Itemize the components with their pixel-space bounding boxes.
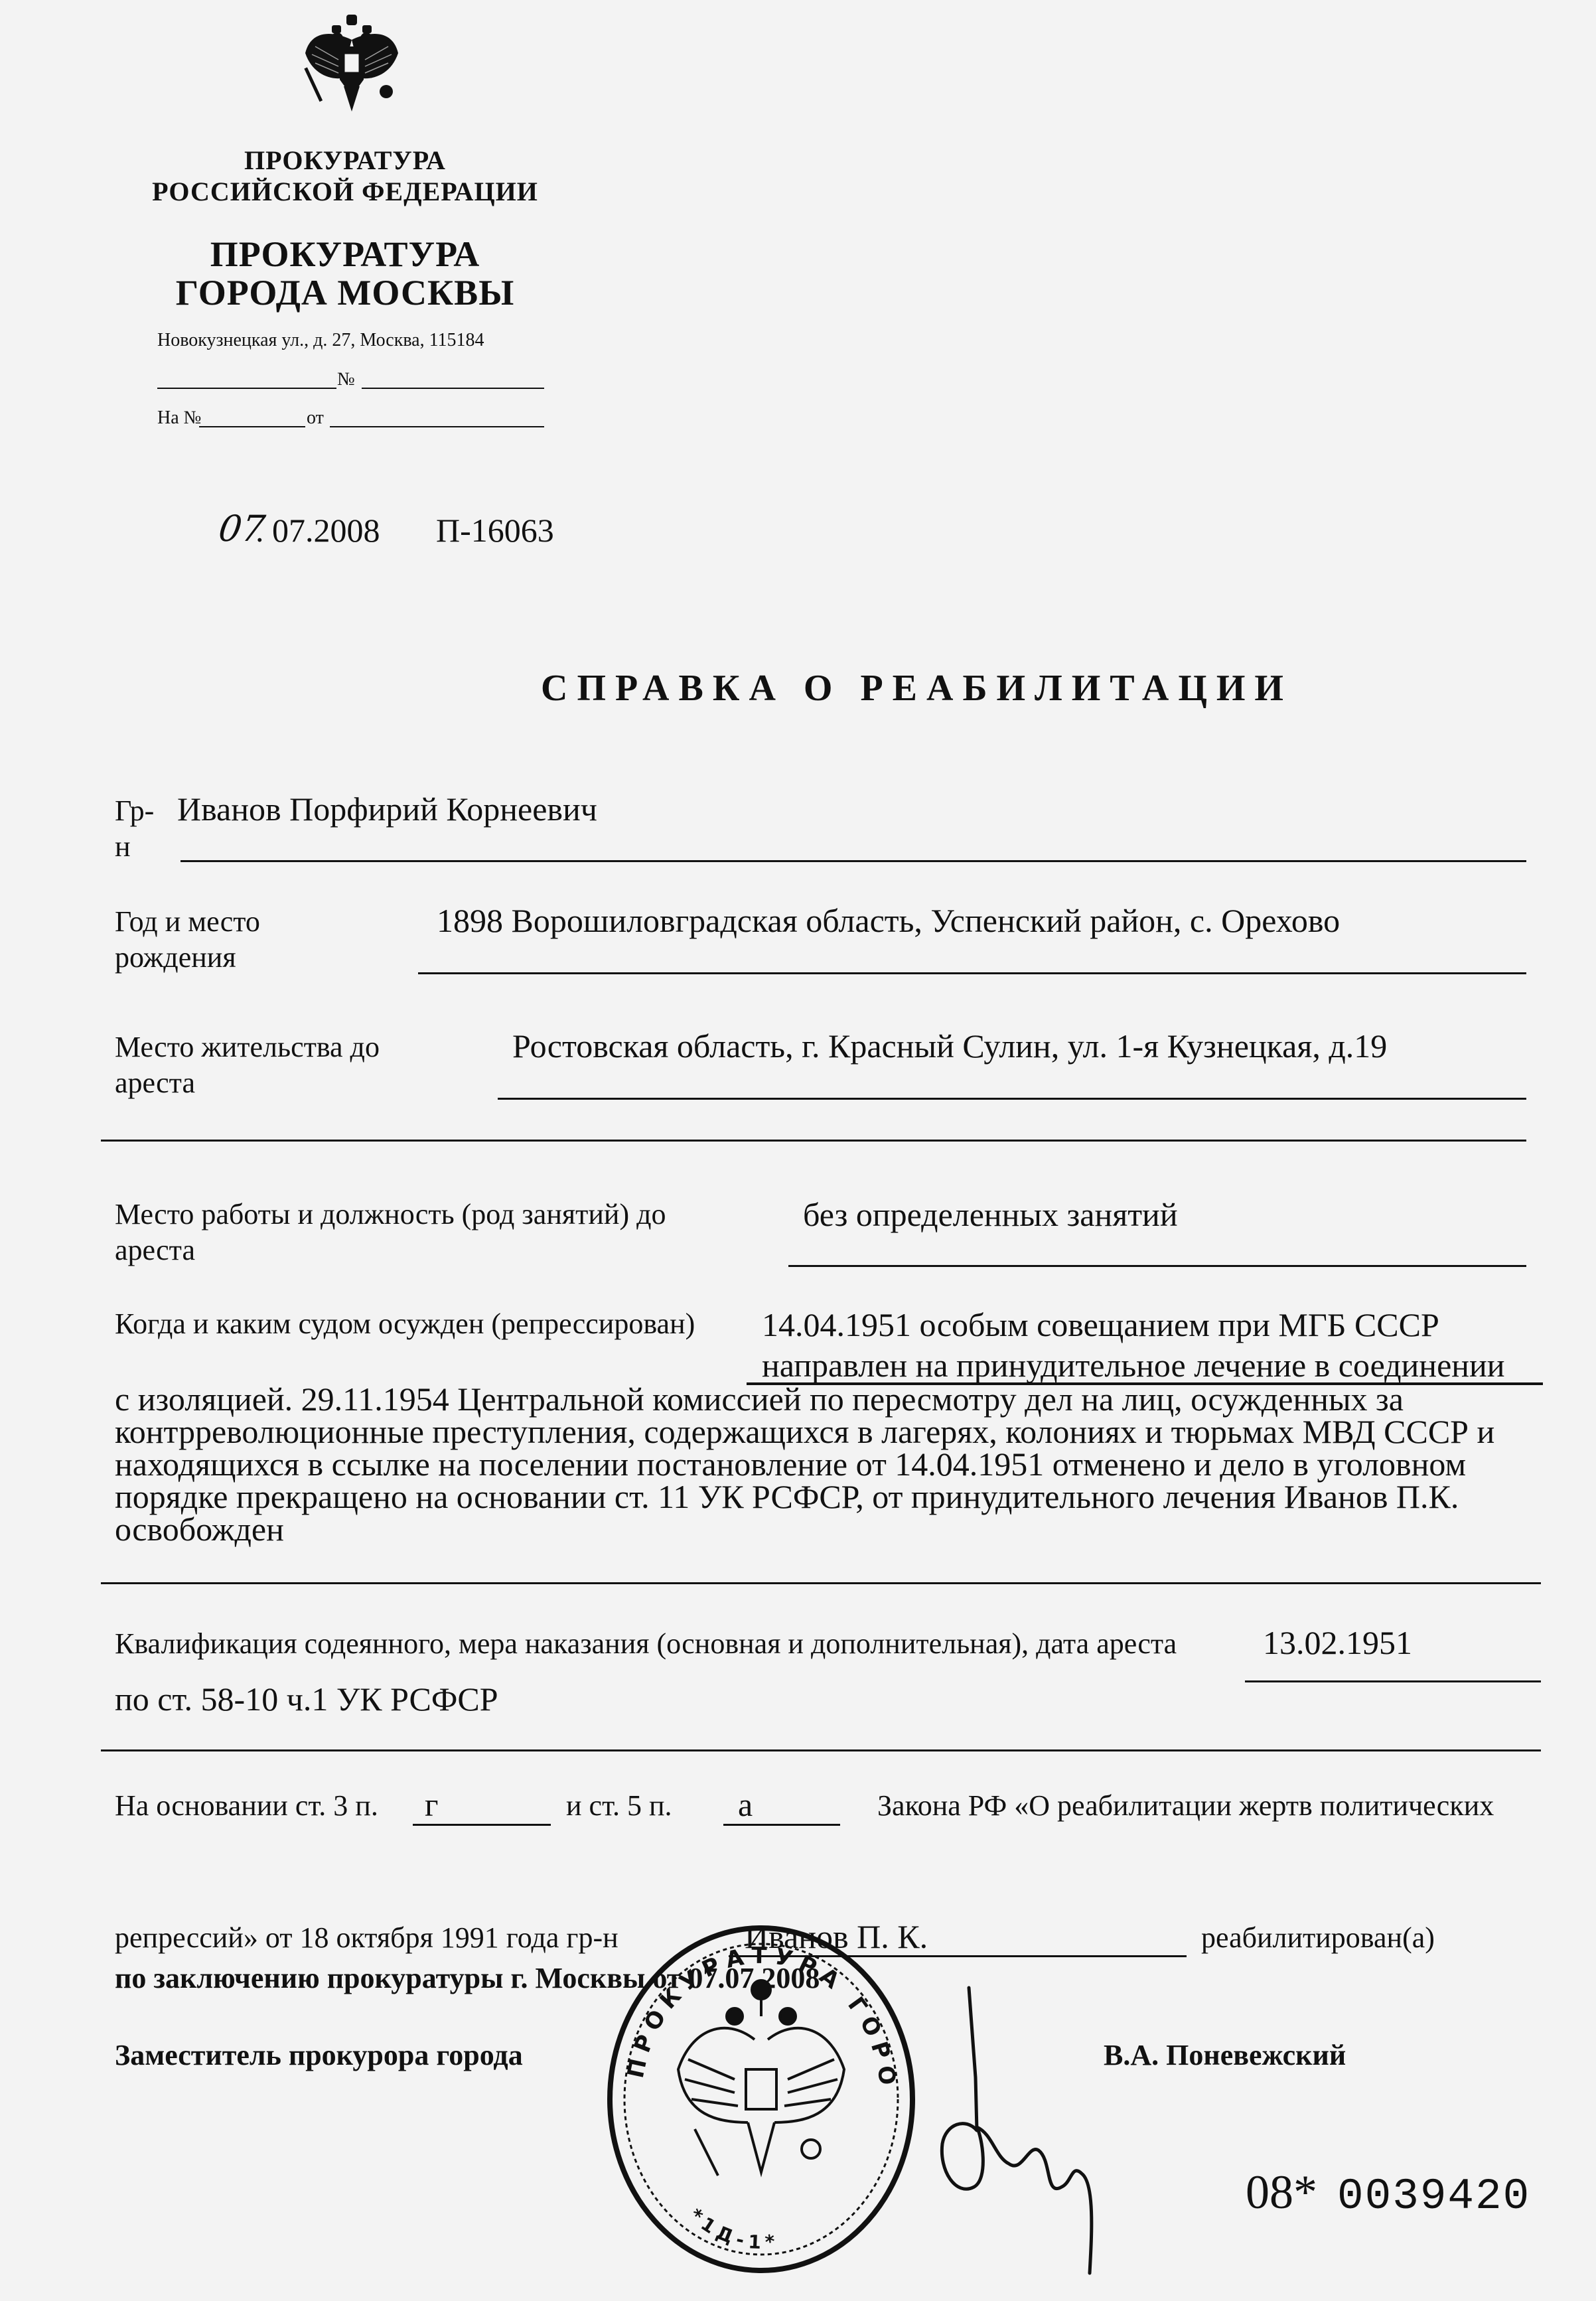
document-title: СПРАВКА О РЕАБИЛИТАЦИИ: [541, 667, 1293, 709]
arrest-date: 13.02.1951: [1263, 1623, 1412, 1662]
conviction-value-line2: направлен на принудительное лечение в со…: [762, 1346, 1505, 1384]
office-name-line1: ПРОКУРАТУРА: [133, 234, 557, 275]
rehabilitation-status: реабилитирован(а): [1201, 1920, 1435, 1956]
form-serial-number: 08*0039420: [1246, 2165, 1530, 2221]
occupation-value: без определенных занятий: [803, 1195, 1178, 1234]
section-divider-2: [101, 1582, 1541, 1584]
form-serial-prefix: 08*: [1246, 2166, 1317, 2219]
citizen-label-line2: н: [115, 829, 131, 865]
reply-number-line: [199, 426, 305, 427]
citizen-underline: [181, 860, 1526, 862]
law-name-part2: репрессий» от 18 октября 1991 года гр-н: [115, 1920, 618, 1956]
conviction-details-line: контрреволюционные преступления, содержа…: [115, 1416, 1535, 1448]
citizen-label-line1: Гр-: [115, 793, 154, 829]
office-name-line2: ГОРОДА МОСКВЫ: [133, 272, 557, 313]
occupation-label-line1: Место работы и должность (род занятий) д…: [115, 1197, 666, 1232]
russian-coat-of-arms-icon: [299, 13, 405, 113]
reply-from-label: от: [307, 408, 324, 429]
qualification-value: по ст. 58-10 ч.1 УК РСФСР: [115, 1680, 498, 1718]
handwritten-signature-icon: [903, 1984, 1115, 2276]
conviction-details-line: находящихся в ссылке на поселении постан…: [115, 1448, 1535, 1481]
birth-label-line2: рождения: [115, 940, 236, 976]
birth-underline: [418, 972, 1526, 974]
occupation-label-line2: ареста: [115, 1232, 195, 1268]
signatory-position: Заместитель прокурора города: [115, 2038, 523, 2073]
outgoing-number-line: [362, 388, 544, 389]
conviction-details-line: порядке прекращено на основании ст. 11 У…: [115, 1481, 1535, 1513]
form-serial-digits: 0039420: [1337, 2172, 1530, 2221]
residence-underline: [498, 1098, 1526, 1100]
birth-label-line1: Год и место: [115, 904, 260, 940]
residence-value: Ростовская область, г. Красный Сулин, ул…: [512, 1027, 1387, 1065]
reply-number-label: На №: [157, 408, 201, 429]
article3-point-underline: [413, 1824, 551, 1826]
occupation-underline: [788, 1265, 1526, 1267]
residence-label-line2: ареста: [115, 1065, 195, 1101]
reference-number: П-16063: [436, 511, 554, 550]
number-label: №: [337, 369, 355, 390]
issue-date: . 07.2008: [255, 511, 380, 550]
conviction-details-line: с изоляцией. 29.11.1954 Центральной коми…: [115, 1383, 1535, 1416]
office-address: Новокузнецкая ул., д. 27, Москва, 115184: [157, 330, 484, 351]
article5-point-underline: [723, 1824, 840, 1826]
official-round-seal-icon: ПРОКУРАТУРА ГОРОДА МОСКВЫ *1Д-1*: [605, 1923, 917, 2275]
article5-point: а: [738, 1785, 753, 1824]
section-divider-1: [101, 1140, 1526, 1142]
conviction-details: с изоляцией. 29.11.1954 Центральной коми…: [115, 1383, 1535, 1546]
birth-value: 1898 Ворошиловградская область, Успенски…: [437, 901, 1340, 940]
residence-label-line1: Место жительства до: [115, 1029, 380, 1065]
reply-date-line: [330, 426, 544, 427]
conviction-value-line1: 14.04.1951 особым совещанием при МГБ ССС…: [762, 1305, 1439, 1344]
section-divider-3: [101, 1749, 1541, 1751]
law-name-part1: Закона РФ «О реабилитации жертв политиче…: [877, 1788, 1494, 1824]
basis-middle: и ст. 5 п.: [566, 1788, 672, 1824]
org-name-line2: РОССИЙСКОЙ ФЕДЕРАЦИИ: [133, 176, 557, 207]
org-name-line1: ПРОКУРАТУРА: [133, 145, 557, 176]
conviction-details-line: освобожден: [115, 1513, 1535, 1546]
conviction-label: Когда и каким судом осужден (репрессиров…: [115, 1306, 695, 1342]
signatory-name: В.А. Поневежский: [1104, 2038, 1346, 2073]
basis-prefix: На основании ст. 3 п.: [115, 1788, 378, 1824]
outgoing-date-line: [157, 388, 336, 389]
svg-text:*1Д-1*: *1Д-1*: [686, 2204, 782, 2253]
article3-point: г: [425, 1785, 439, 1824]
arrest-date-underline: [1245, 1680, 1541, 1682]
qualification-label: Квалификация содеянного, мера наказания …: [115, 1626, 1177, 1662]
citizen-name: Иванов Порфирий Корнеевич: [177, 790, 597, 828]
